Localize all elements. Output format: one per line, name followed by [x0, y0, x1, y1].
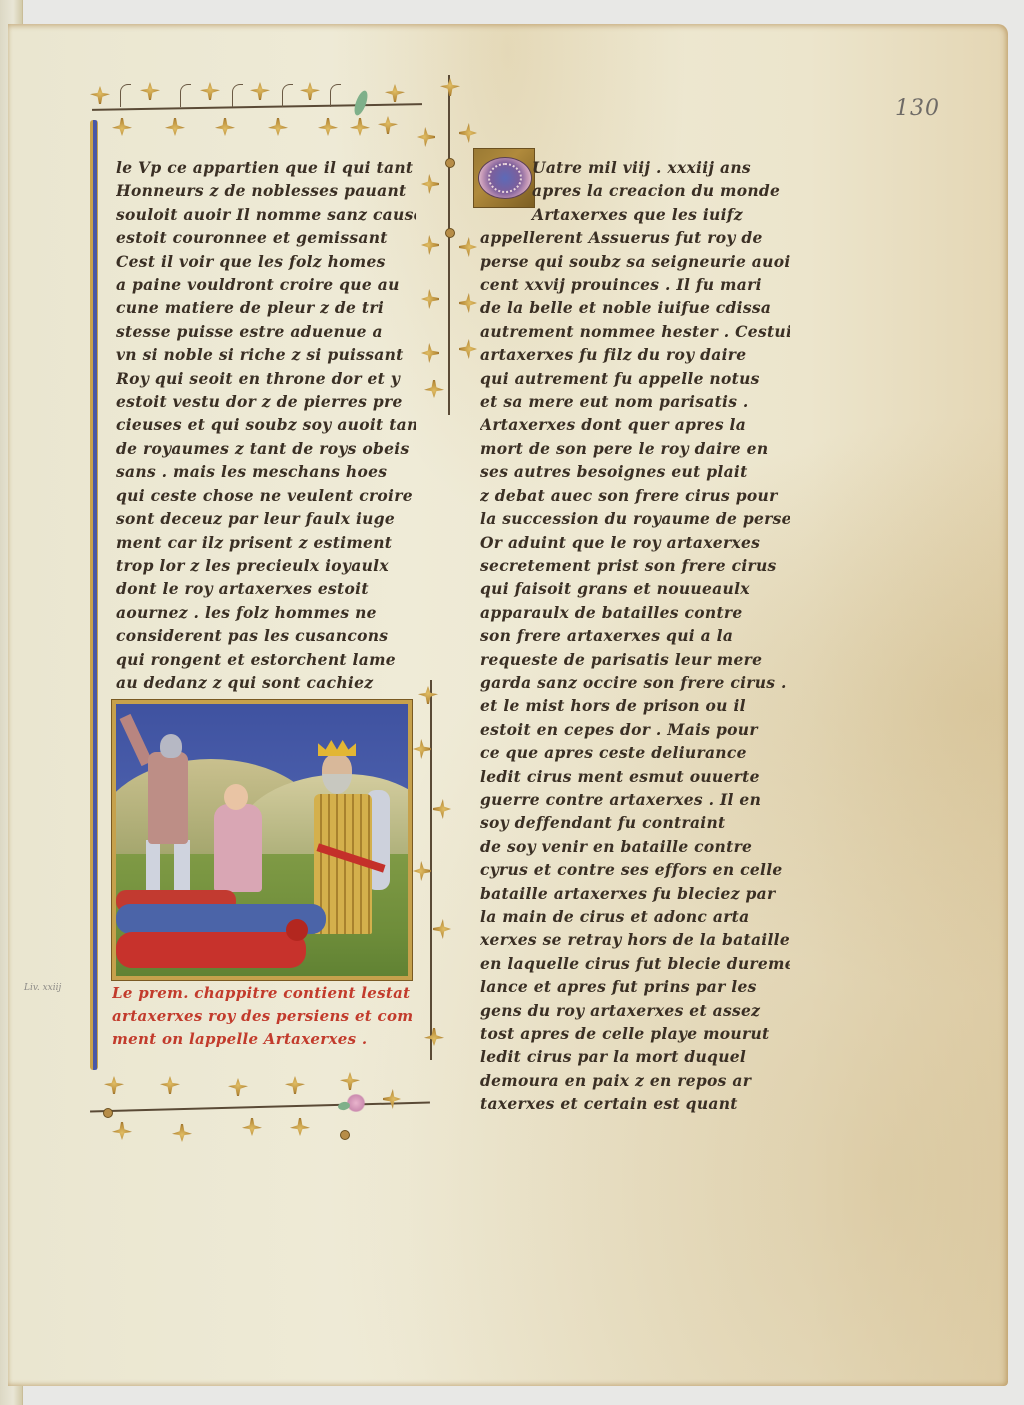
text-line: taxerxes et certain est quant — [480, 1092, 790, 1115]
text-line: ment car ilz prisent z estiment — [116, 531, 416, 554]
text-line: qui ceste chose ne veulent croire — [116, 484, 416, 507]
text-line: sont deceuz par leur faulx iuge — [116, 507, 416, 530]
left-text-column: le Vp ce appartien que il qui tant Honne… — [116, 156, 416, 741]
king-head — [322, 754, 352, 794]
text-line: et le mist hors de prison ou il — [480, 694, 790, 717]
right-text-column: Uatre mil viij . xxxiij ans apres la cre… — [480, 156, 790, 1116]
text-line: Artaxerxes dont quer apres la — [480, 413, 790, 436]
slain-soldier — [116, 932, 306, 968]
text-line: guerre contre artaxerxes . Il en — [480, 788, 790, 811]
text-line: ledit cirus ment esmut ouuerte — [480, 765, 790, 788]
text-line: la succession du royaume de perse — [480, 507, 790, 530]
text-line: qui autrement fu appelle notus — [480, 367, 790, 390]
text-line: qui rongent et estorchent lame — [116, 648, 416, 671]
text-line: de soy venir en bataille contre — [480, 835, 790, 858]
text-line: ses autres besoignes eut plait — [480, 460, 790, 483]
text-line: Or aduint que le roy artaxerxes — [480, 531, 790, 554]
text-line: qui faisoit grans et nouueaulx — [480, 577, 790, 600]
text-line: estoit couronnee et gemissant — [116, 226, 416, 249]
text-line: tost apres de celle playe mourut — [480, 1022, 790, 1045]
text-line: secretement prist son frere cirus — [480, 554, 790, 577]
text-line: appellerent Assuerus fut roy de — [480, 226, 790, 249]
text-line: cieuses et qui soubz soy auoit tant — [116, 413, 416, 436]
text-line: a paine vouldront croire que au — [116, 273, 416, 296]
text-line: la main de cirus et adonc arta — [480, 905, 790, 928]
text-line: considerent pas les cusancons — [116, 624, 416, 647]
text-line: de royaumes z tant de roys obeis — [116, 437, 416, 460]
text-line: son frere artaxerxes qui a la — [480, 624, 790, 647]
text-line: Uatre mil viij . xxxiij ans — [480, 156, 790, 179]
text-line: de la belle et noble iuifue cdissa — [480, 296, 790, 319]
text-line: stesse puisse estre aduenue a — [116, 320, 416, 343]
text-line: ce que apres ceste deliurance — [480, 741, 790, 764]
rubric-line: ment on lappelle Artaxerxes . — [112, 1028, 412, 1051]
text-line: dont le roy artaxerxes estoit — [116, 577, 416, 600]
text-line: ledit cirus par la mort duquel — [480, 1045, 790, 1068]
text-line: Roy qui seoit en throne dor et y — [116, 367, 416, 390]
text-line: le Vp ce appartien que il qui tant — [116, 156, 416, 179]
text-line: requeste de parisatis leur mere — [480, 648, 790, 671]
text-line: estoit en cepes dor . Mais pour — [480, 718, 790, 741]
text-line: demoura en paix z en repos ar — [480, 1069, 790, 1092]
text-line: vn si noble si riche z si puissant — [116, 343, 416, 366]
text-line: cyrus et contre ses effors en celle — [480, 858, 790, 881]
left-border-bar — [90, 120, 98, 1070]
text-line: autrement nommee hester . Cestui — [480, 320, 790, 343]
text-line: bataille artaxerxes fu bleciez par — [480, 882, 790, 905]
text-line: en laquelle cirus fut blecie durement — [480, 952, 790, 975]
rubric-line: Le prem. chappitre contient lestat d — [112, 982, 412, 1005]
miniature-painting — [112, 700, 412, 980]
folio-number: 130 — [895, 96, 940, 121]
text-line: aournez . les folz hommes ne — [116, 601, 416, 624]
text-line: mort de son pere le roy daire en — [480, 437, 790, 460]
text-line: Artaxerxes que les iuifz — [480, 203, 790, 226]
text-line: Honneurs z de noblesses pauant — [116, 179, 416, 202]
text-line: gens du roy artaxerxes et assez — [480, 999, 790, 1022]
kneeling-youth-figure — [214, 804, 262, 892]
text-line: z debat auec son frere cirus pour — [480, 484, 790, 507]
text-line: au dedanz z qui sont cachiez — [116, 671, 416, 694]
text-line: lance et apres fut prins par les — [480, 975, 790, 998]
text-line: et sa mere eut nom parisatis . — [480, 390, 790, 413]
rubric-chapter-heading: Le prem. chappitre contient lestat d art… — [112, 982, 412, 1051]
text-line: sans . mais les meschans hoes — [116, 460, 416, 483]
blood — [286, 919, 308, 941]
text-line: estoit vestu dor z de pierres pre — [116, 390, 416, 413]
text-line: cune matiere de pleur z de tri — [116, 296, 416, 319]
executioner-head — [160, 734, 182, 758]
rubric-line: artaxerxes roy des persiens et com — [112, 1005, 412, 1028]
margin-note: Liv. xxiij — [24, 983, 61, 993]
text-line: apparaulx de batailles contre — [480, 601, 790, 624]
kneeling-youth-head — [224, 784, 248, 810]
text-line: cent xxvij prouinces . Il fu mari — [480, 273, 790, 296]
text-line: xerxes se retray hors de la bataille — [480, 928, 790, 951]
text-line: trop lor z les precieulx ioyaulx — [116, 554, 416, 577]
text-line: apres la creacion du monde — [480, 179, 790, 202]
text-line: perse qui soubz sa seigneurie auoit — [480, 250, 790, 273]
text-line: soy deffendant fu contraint — [480, 811, 790, 834]
text-line: artaxerxes fu filz du roy daire — [480, 343, 790, 366]
text-line: garda sanz occire son frere cirus . — [480, 671, 790, 694]
text-line: souloit auoir Il nomme sanz cause — [116, 203, 416, 226]
text-line: Cest il voir que les folz homes — [116, 250, 416, 273]
executioner-figure — [148, 752, 188, 844]
